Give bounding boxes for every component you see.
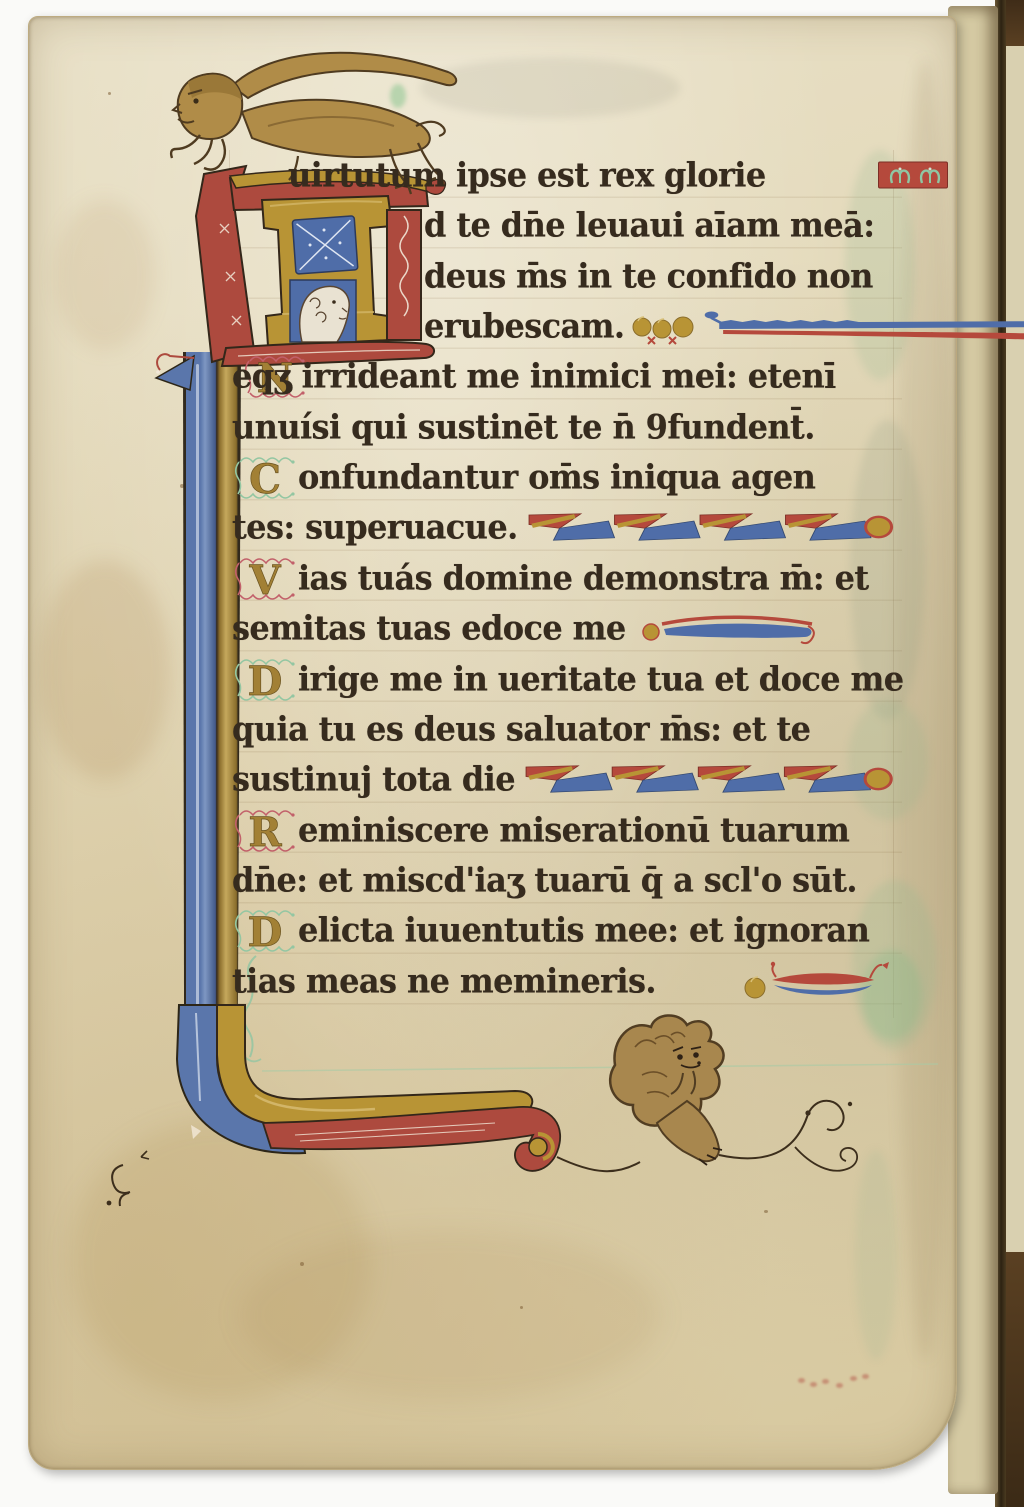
- line-text: dn̄e: et miscd'iaʒ tuarū q̄ a scl'o sū…: [232, 860, 857, 900]
- line-filler-zigzag: [523, 761, 892, 797]
- text-line: Vias tuás domine demonstra m̄: et: [232, 553, 892, 603]
- line-text: quia tu es deus saluator m̄s: et te: [232, 709, 810, 749]
- line-text: eminiscere miserationū tuarum: [298, 810, 849, 850]
- svg-text:V: V: [248, 557, 281, 604]
- text-line: Dirige me in ueritate tua et doce me: [232, 654, 892, 704]
- line-text: eqʒ irrideant me inimici mei: etenī: [232, 357, 836, 397]
- line-text: erubescam.: [424, 306, 624, 346]
- text-line: quia tu es deus saluator m̄s: et te: [232, 704, 892, 754]
- line-filler-zigzag: [526, 509, 892, 545]
- text-line: tias meas ne memineris.: [232, 956, 892, 1006]
- text-line: eqʒ irrideant me inimici mei: etenī: [232, 351, 892, 401]
- gold-dots: [630, 308, 696, 344]
- line-text: uirtutum ipse est rex glorie: [288, 155, 766, 195]
- svg-text:D: D: [248, 658, 283, 705]
- line-text: ias tuás domine demonstra m̄: et: [298, 558, 869, 598]
- text-line: Delicta iuuentutis mee: et ignoran: [232, 905, 892, 955]
- text-line: uirtutum ipse est rex glorie: [232, 150, 948, 200]
- versal-initial-D: D: [232, 906, 298, 954]
- line-text: unuísi qui sustinēt te n̄ 9fundent̄.: [232, 407, 815, 447]
- text-line: tes: superuacue.: [232, 502, 892, 552]
- text-line: unuísi qui sustinēt te n̄ 9fundent̄.: [232, 402, 892, 452]
- text-line: Reminiscere miserationū tuarum: [232, 805, 892, 855]
- line-filler-longswash: [630, 308, 1024, 344]
- line-filler-galley: [742, 960, 892, 1002]
- line-text: tias meas ne memineris.: [232, 961, 656, 1001]
- line-text: deus m̄s in te confido non: [424, 256, 873, 296]
- line-filler-leafblock: [878, 161, 948, 189]
- text-line: sustinuj tota die: [232, 754, 892, 804]
- versal-initial-V: V: [232, 554, 298, 602]
- text-line: Confundantur om̄s iniqua agen: [232, 452, 892, 502]
- footer-decoration: [95, 1005, 905, 1235]
- text-line: deus m̄s in te confido non: [232, 251, 1024, 301]
- line-text: semitas tuas edoce me: [232, 608, 626, 648]
- line-text: elicta iuuentutis mee: et ignoran: [298, 910, 869, 950]
- photograph-of-manuscript: N uirtutum ipse est rex glorie d te dn̄e…: [0, 0, 1024, 1507]
- line-filler-swirl: [640, 611, 825, 645]
- svg-text:C: C: [249, 456, 281, 503]
- text-line: erubescam.: [232, 301, 1024, 351]
- versal-initial-D: D: [232, 655, 298, 703]
- bar-flare: [150, 348, 206, 412]
- svg-text:D: D: [248, 909, 283, 956]
- text-block: uirtutum ipse est rex glorie d te dn̄e l…: [232, 150, 892, 1020]
- text-line: semitas tuas edoce me: [232, 603, 892, 653]
- line-text: tes: superuacue.: [232, 508, 518, 548]
- line-text: onfundantur om̄s iniqua agen: [298, 457, 815, 497]
- swash: [696, 308, 1024, 344]
- line-text: sustinuj tota die: [232, 759, 515, 799]
- versal-initial-R: R: [232, 806, 298, 854]
- svg-text:R: R: [248, 809, 282, 856]
- line-text: irige me in ueritate tua et doce me: [298, 659, 904, 699]
- versal-initial-C: C: [232, 453, 298, 501]
- text-line: d te dn̄e leuaui aīam meā:: [232, 200, 1024, 250]
- text-line: dn̄e: et miscd'iaʒ tuarū q̄ a scl'o sū…: [232, 855, 892, 905]
- line-text: d te dn̄e leuaui aīam meā:: [424, 206, 874, 246]
